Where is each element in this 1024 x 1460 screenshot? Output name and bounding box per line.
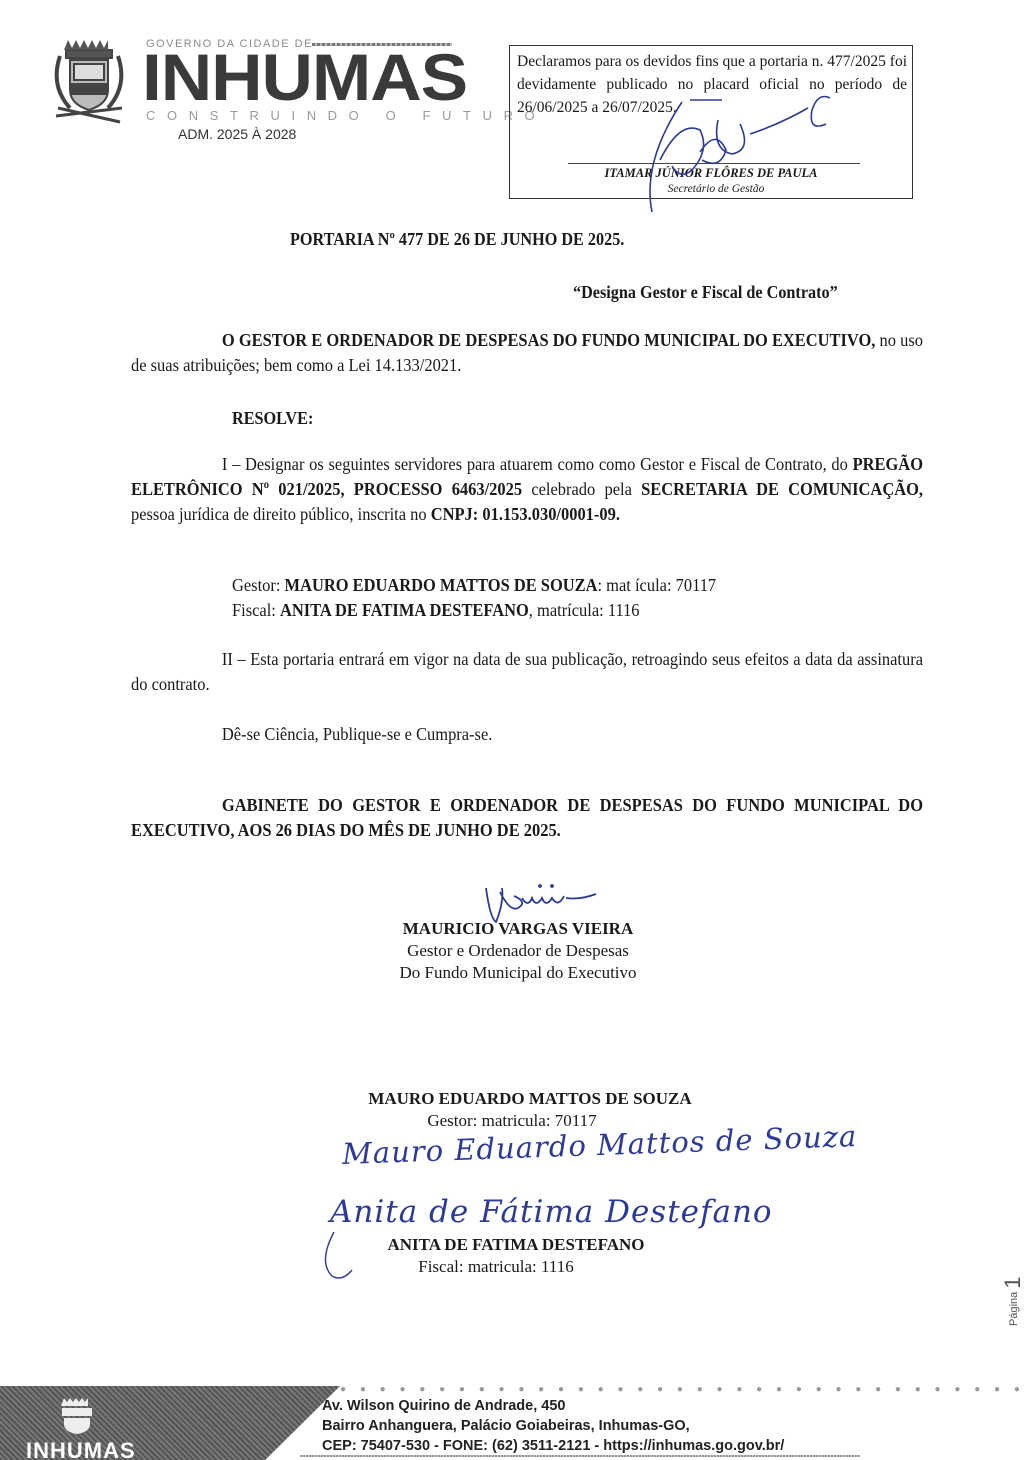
- footer-rule: [300, 1455, 860, 1457]
- slogan: CONSTRUINDO O FUTURO: [146, 108, 546, 123]
- page-number-value: 1: [1000, 1276, 1024, 1288]
- administration-period: ADM. 2025 À 2028: [178, 126, 296, 142]
- main-signer-role-1: Gestor e Ordenador de Despesas: [358, 940, 678, 962]
- designation-manager: Gestor: MAURO EDUARDO MATTOS DE SOUZA: m…: [232, 573, 716, 598]
- page-number: Página1: [1000, 1276, 1024, 1326]
- preamble-authority: O GESTOR E ORDENADOR DE DESPESAS DO FUND…: [222, 330, 875, 350]
- footer-contact-line: CEP: 75407-530 - FONE: (62) 3511-2121 - …: [322, 1436, 784, 1456]
- article-1-suffix: pessoa jurídica de direito público, insc…: [131, 504, 431, 524]
- designations: Gestor: MAURO EDUARDO MATTOS DE SOUZA: m…: [232, 573, 716, 623]
- designation-role: Fiscal:: [232, 600, 280, 620]
- inspector-name: ANITA DE FATIMA DESTEFANO: [330, 1234, 702, 1256]
- stamp-signature-line: [568, 163, 860, 164]
- article-1-prefix: I – Designar os seguintes servidores par…: [222, 454, 853, 474]
- article-1: I – Designar os seguintes servidores par…: [131, 452, 923, 527]
- designation-role: Gestor:: [232, 575, 285, 595]
- coat-of-arms-icon: [46, 36, 132, 128]
- stamp-signer-name: ITAMAR JÚNIOR FLÔRES DE PAULA: [510, 166, 912, 181]
- cnpj: CNPJ: 01.153.030/0001-09.: [431, 504, 620, 524]
- document-title: PORTARIA Nº 477 DE 26 DE JUNHO DE 2025.: [290, 229, 624, 250]
- footer-address-line-1: Av. Wilson Quirino de Andrade, 450: [322, 1396, 784, 1416]
- footer-city-name: INHUMAS: [26, 1438, 136, 1460]
- preamble: O GESTOR E ORDENADOR DE DESPESAS DO FUND…: [131, 328, 923, 378]
- inspector-role: Fiscal: matricula: 1116: [290, 1256, 702, 1278]
- main-signer-name: MAURICIO VARGAS VIEIRA: [358, 918, 678, 940]
- city-logo-text: INHUMAS: [142, 44, 467, 110]
- designation-registration: , matrícula: 1116: [529, 600, 640, 620]
- designation-name: ANITA DE FATIMA DESTEFANO: [280, 600, 529, 620]
- designation-name: MAURO EDUARDO MATTOS DE SOUZA: [285, 575, 598, 595]
- stamp-signer-role: Secretário de Gestão: [510, 183, 912, 195]
- footer-address-line-2: Bairro Anhanguera, Palácio Goiabeiras, I…: [322, 1416, 784, 1436]
- stamp-declaration: Declaramos para os devidos fins que a po…: [517, 50, 907, 119]
- cabinet-statement: GABINETE DO GESTOR E ORDENADOR DE DESPES…: [131, 793, 923, 843]
- manager-name: MAURO EDUARDO MATTOS DE SOUZA: [314, 1088, 746, 1110]
- footer-address: Av. Wilson Quirino de Andrade, 450 Bairr…: [322, 1396, 784, 1456]
- main-signature-block: MAURICIO VARGAS VIEIRA Gestor e Ordenado…: [358, 918, 678, 984]
- secretariat-name: SECRETARIA DE COMUNICAÇÃO,: [641, 479, 923, 499]
- designation-registration: : mat ícula: 70117: [597, 575, 716, 595]
- resolve-heading: RESOLVE:: [232, 408, 313, 429]
- main-signer-role-2: Do Fundo Municipal do Executivo: [358, 962, 678, 984]
- article-2: II – Esta portaria entrará em vigor na d…: [131, 647, 923, 697]
- footer-dot-pattern: ● ● ● ● ● ● ● ● ● ● ● ● ● ● ● ● ● ● ● ● …: [340, 1384, 1024, 1395]
- footer-crest-icon: [54, 1392, 100, 1436]
- designation-inspector: Fiscal: ANITA DE FATIMA DESTEFANO, matrí…: [232, 598, 716, 623]
- publication-stamp: Declaramos para os devidos fins que a po…: [509, 45, 913, 199]
- document-subtitle: “Designa Gestor e Fiscal de Contrato”: [573, 282, 838, 303]
- inspector-signature-block: ANITA DE FATIMA DESTEFANO Fiscal: matric…: [330, 1234, 702, 1278]
- closing-formula: Dê-se Ciência, Publique-se e Cumpra-se.: [131, 722, 923, 747]
- article-1-middle: celebrado pela: [522, 479, 641, 499]
- page-label: Página: [1008, 1292, 1020, 1326]
- inspector-handwritten-signature: Anita de Fátima Destefano: [330, 1194, 773, 1230]
